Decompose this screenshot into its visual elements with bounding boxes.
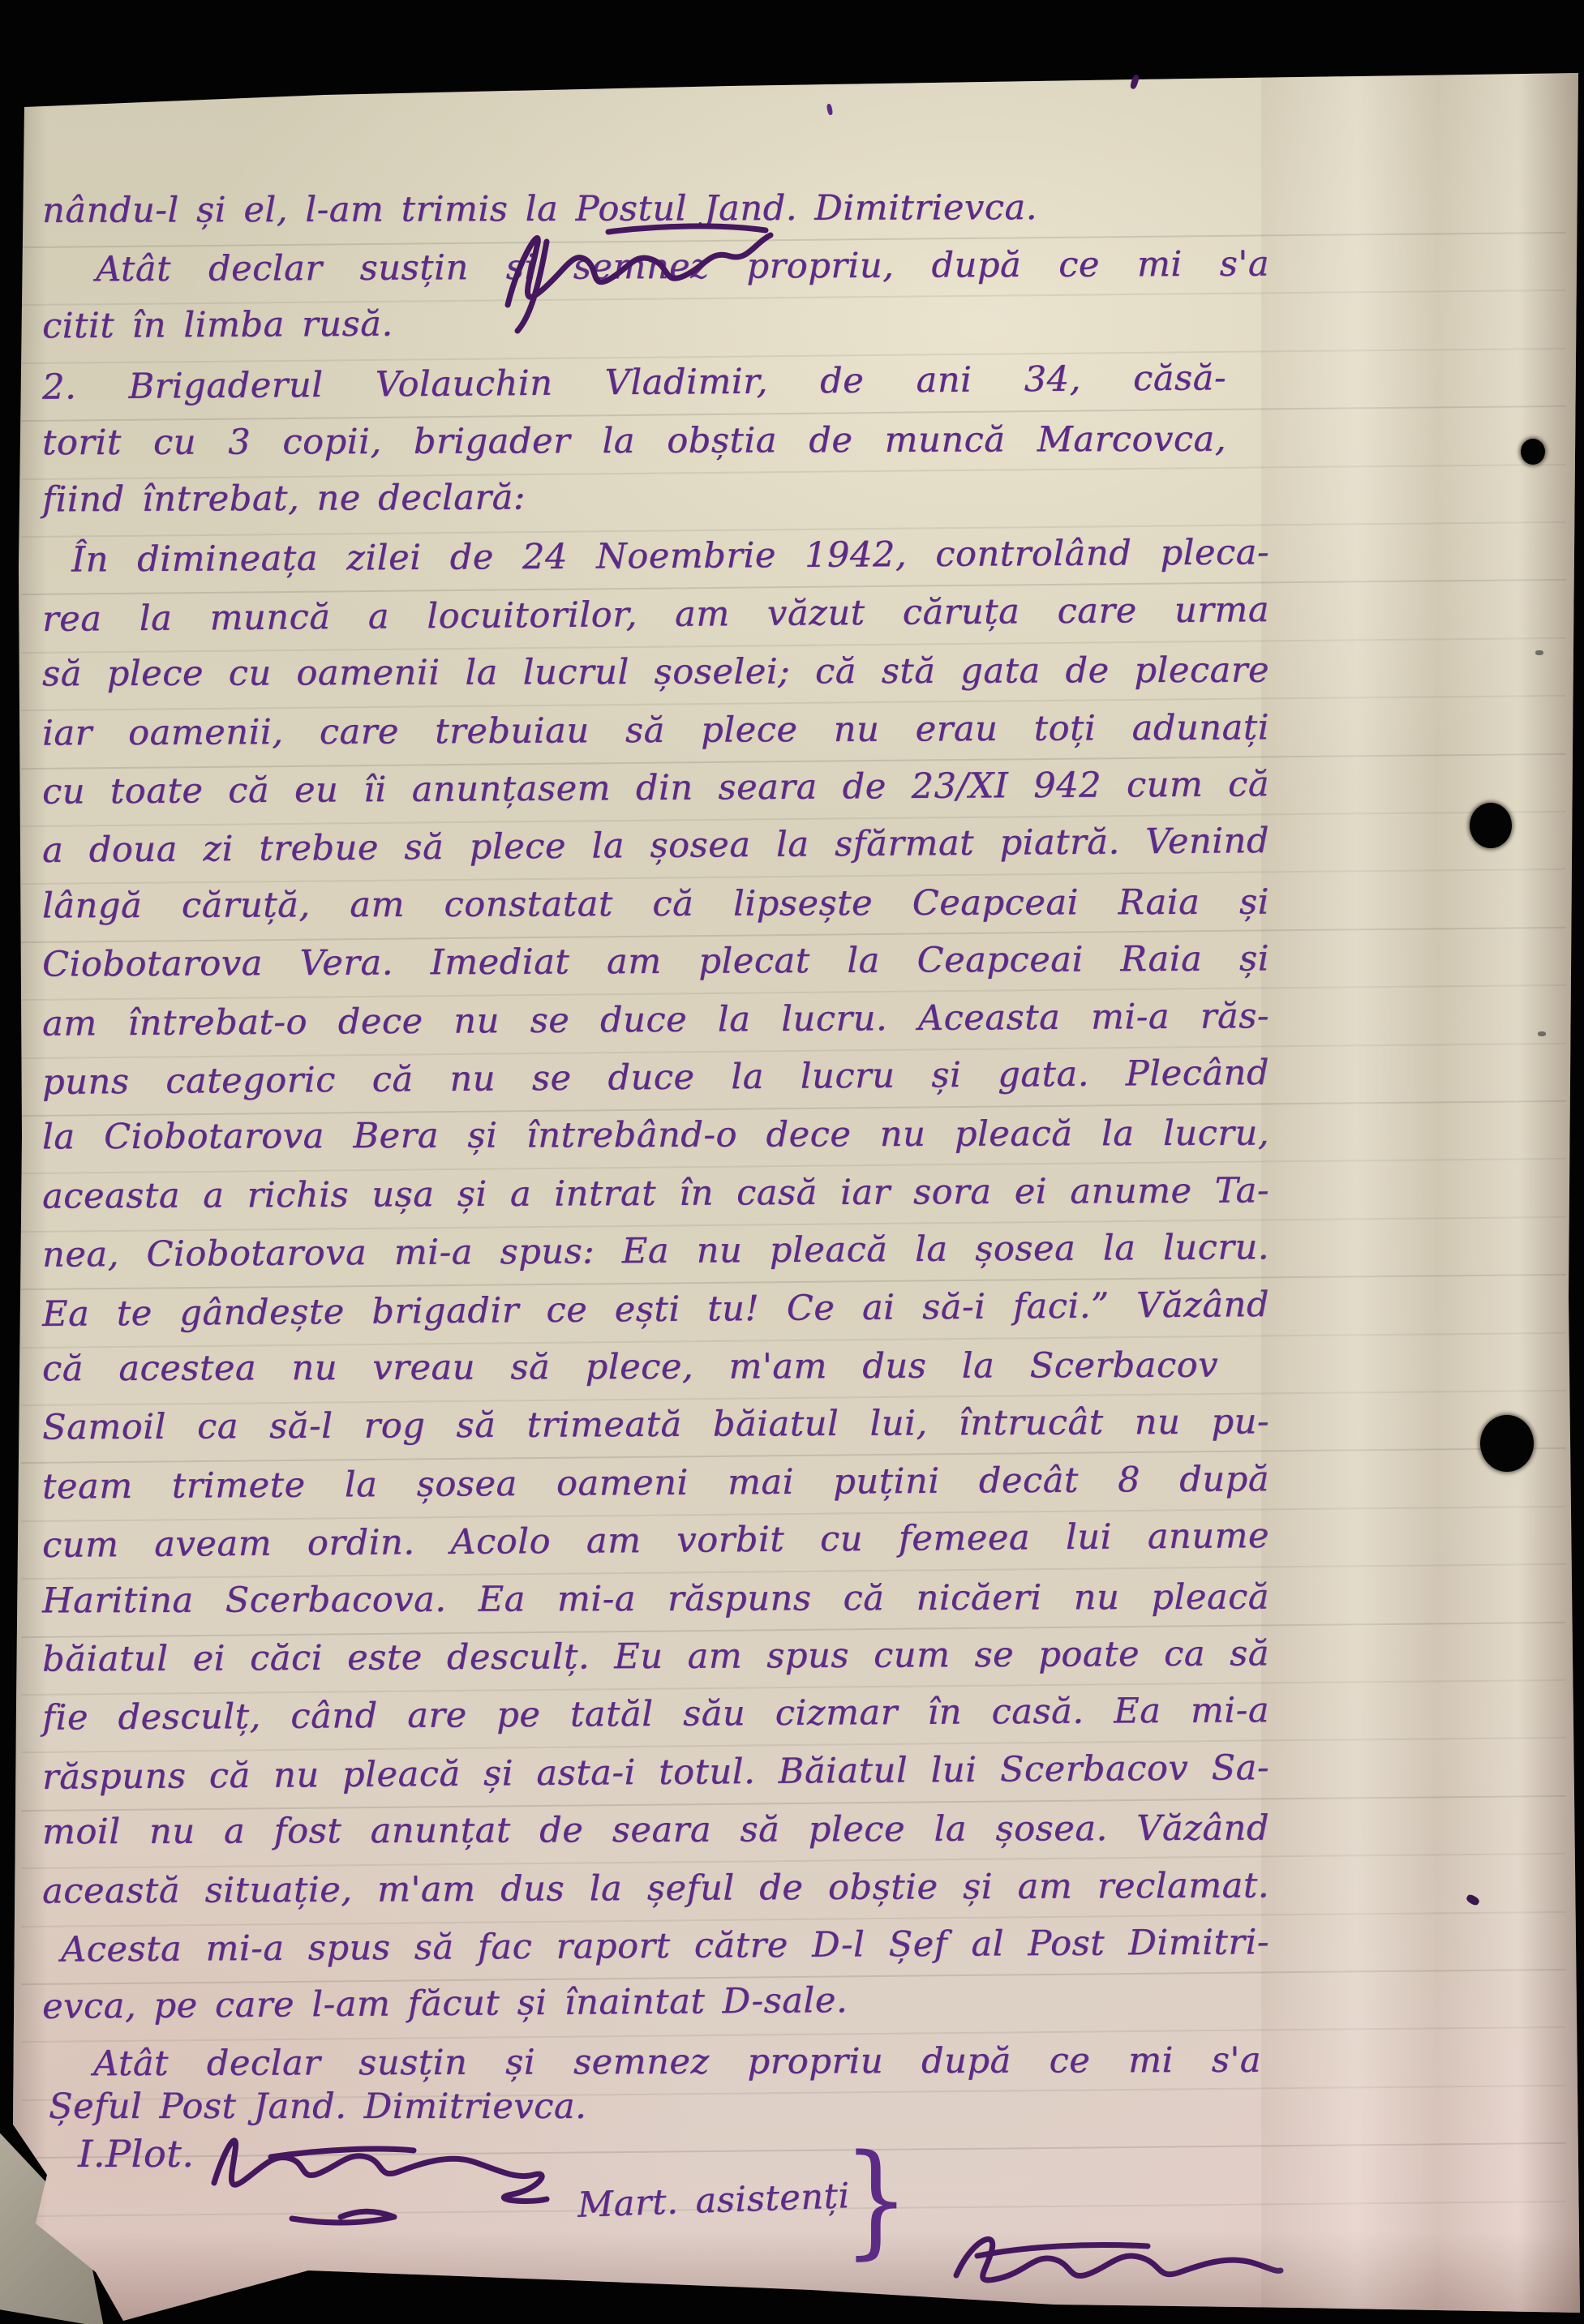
rank-label: I.Plot. xyxy=(78,2131,194,2178)
handwritten-line: citit în limba rusă. xyxy=(42,303,393,349)
handwritten-line: Samoil ca să-l rog să trimeată băiatul l… xyxy=(42,1400,1269,1450)
handwritten-line: am întrebat-o dece nu se duce la lucru. … xyxy=(42,995,1269,1046)
handwritten-line: team trimete la șosea oameni mai puțini … xyxy=(42,1458,1269,1509)
handwritten-line: nea, Ciobotarova mi-a spus: Ea nu pleacă… xyxy=(42,1226,1269,1277)
handwritten-line: torit cu 3 copii, brigader la obștia de … xyxy=(42,418,1226,465)
handwritten-line: iar oamenii, care trebuiau să plece nu e… xyxy=(42,706,1269,756)
paper-sheet: nându-l și el, l-am trimis la Postul Jan… xyxy=(0,0,1584,2324)
handwritten-line: moil nu a fost anunțat de seara să plece… xyxy=(42,1807,1269,1855)
witness-signature-scribble xyxy=(945,2207,1286,2305)
handwritten-line: evca, pe care l-am făcut și înaintat D-s… xyxy=(42,1979,848,2030)
handwritten-line: că acestea nu vreau să plece, m'am dus l… xyxy=(42,1344,1218,1391)
declarant-signature-scribble xyxy=(487,209,779,339)
handwritten-line: Haritina Scerbacova. Ea mi-a răspuns că … xyxy=(42,1576,1269,1624)
handwritten-line: să plece cu oamenii la lucrul șoselei; c… xyxy=(42,650,1269,697)
witnesses-brace: } xyxy=(843,2126,909,2274)
handwritten-line: lângă căruță, am constatat că lipsește C… xyxy=(42,881,1269,929)
handwritten-line: la Ciobotarova Bera și întrebând-o dece … xyxy=(42,1113,1269,1160)
handwritten-line: fiind întrebat, ne declară: xyxy=(42,477,526,523)
post-chief-signature-scribble xyxy=(203,2105,560,2227)
handwritten-line: fie desculț, când are pe tatăl său cizma… xyxy=(42,1689,1269,1740)
handwritten-line: puns categoric că nu se duce la lucru și… xyxy=(42,1052,1269,1105)
handwritten-line: Ciobotarova Vera. Imediat am plecat la C… xyxy=(42,937,1269,987)
handwritten-line: rea la muncă a locuitorilor, am văzut că… xyxy=(42,589,1269,642)
handwritten-line: cum aveam ordin. Acolo am vorbit cu feme… xyxy=(42,1515,1269,1568)
handwritten-line: În dimineața zilei de 24 Noembrie 1942, … xyxy=(71,531,1269,582)
handwritten-line: răspuns că nu pleacă și asta-i totul. Bă… xyxy=(42,1747,1269,1800)
pencil-mark xyxy=(1538,1031,1546,1036)
handwritten-line: băiatul ei căci este desculț. Eu am spus… xyxy=(42,1632,1269,1682)
handwritten-line: Acesta mi-a spus să fac raport către D-l… xyxy=(61,1921,1269,1972)
handwritten-text: nându-l și el, l-am trimis la Postul Jan… xyxy=(0,0,1584,2324)
punch-hole xyxy=(1480,1415,1534,1472)
handwritten-line: Ea te gândește brigadir ce ești tu! Ce a… xyxy=(42,1284,1269,1337)
handwritten-line: Atât declar susțin și semnez propriu dup… xyxy=(93,2039,1261,2086)
handwritten-line: a doua zi trebue să plece la șosea la sf… xyxy=(42,820,1269,873)
pencil-mark xyxy=(1535,650,1543,655)
scanned-document-photo: nându-l și el, l-am trimis la Postul Jan… xyxy=(0,0,1584,2324)
punch-hole xyxy=(1470,803,1512,848)
punch-hole xyxy=(1521,439,1545,465)
handwritten-line: cu toate că eu îi anunțasem din seara de… xyxy=(42,763,1269,814)
handwritten-line: această situație, m'am dus la șeful de o… xyxy=(42,1864,1269,1914)
handwritten-line: 2. Brigaderul Volauchin Vladimir, de ani… xyxy=(42,357,1226,409)
handwritten-line: aceasta a richis ușa și a intrat în casă… xyxy=(42,1169,1269,1219)
